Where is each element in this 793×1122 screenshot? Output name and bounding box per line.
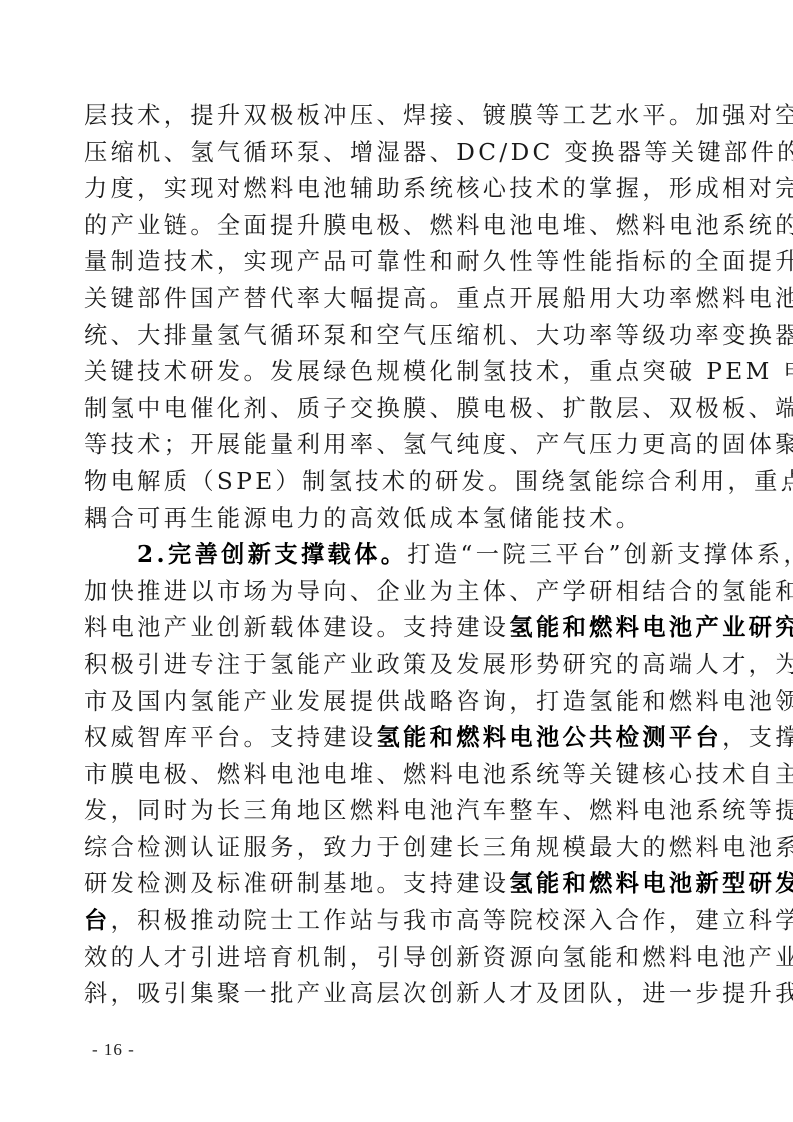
text-line: 统、大排量氢气循环泵和空气压缩机、大功率等级功率变换器等 bbox=[84, 318, 698, 355]
text-line: 耦合可再生能源电力的高效低成本氢储能技术。 bbox=[84, 501, 698, 538]
bold-text: 氢能和燃料电池新型研发平 bbox=[509, 870, 793, 897]
text-line: 的产业链。全面提升膜电极、燃料电池电堆、燃料电池系统的批 bbox=[84, 208, 698, 245]
body-text: ，支撑我 bbox=[722, 724, 793, 751]
body-text: 积极引进专注于氢能产业政策及发展形势研究的高端人才，为我 bbox=[84, 651, 793, 678]
body-text: 量制造技术，实现产品可靠性和耐久性等性能指标的全面提升， bbox=[84, 248, 793, 275]
body-text: 市膜电极、燃料电池电堆、燃料电池系统等关键核心技术自主研 bbox=[84, 761, 793, 788]
body-text: 关键部件国产替代率大幅提高。重点开展船用大功率燃料电池系 bbox=[84, 285, 793, 312]
body-text: 关键技术研发。发展绿色规模化制氢技术，重点突破 PEM 电解水 bbox=[84, 358, 793, 385]
text-line: 权威智库平台。支持建设氢能和燃料电池公共检测平台，支撑我 bbox=[84, 720, 698, 757]
text-line: 2.完善创新支撑载体。打造“一院三平台”创新支撑体系， bbox=[84, 537, 698, 574]
text-line: 物电解质（SPE）制氢技术的研发。围绕氢能综合利用，重点突破 bbox=[84, 464, 698, 501]
text-line: 关键技术研发。发展绿色规模化制氢技术，重点突破 PEM 电解水 bbox=[84, 354, 698, 391]
body-text: 制氢中电催化剂、质子交换膜、膜电极、扩散层、双极板、端板 bbox=[84, 395, 793, 422]
body-text: 力度，实现对燃料电池辅助系统核心技术的掌握，形成相对完备 bbox=[84, 175, 793, 202]
body-text: ，积极推动院士工作站与我市高等院校深入合作，建立科学高 bbox=[111, 907, 793, 934]
body-text: 料电池产业创新载体建设。支持建设 bbox=[84, 614, 509, 641]
text-line: 料电池产业创新载体建设。支持建设氢能和燃料电池产业研究院， bbox=[84, 610, 698, 647]
body-text: 物电解质（SPE）制氢技术的研发。围绕氢能综合利用，重点突破 bbox=[84, 468, 793, 495]
text-line: 加快推进以市场为导向、企业为主体、产学研相结合的氢能和燃 bbox=[84, 574, 698, 611]
text-line: 研发检测及标准研制基地。支持建设氢能和燃料电池新型研发平 bbox=[84, 866, 698, 903]
text-line: 市及国内氢能产业发展提供战略咨询，打造氢能和燃料电池领域 bbox=[84, 684, 698, 721]
text-line: 综合检测认证服务，致力于创建长三角规模最大的燃料电池系统 bbox=[84, 830, 698, 867]
body-text: 研发检测及标准研制基地。支持建设 bbox=[84, 870, 509, 897]
body-text: 发，同时为长三角地区燃料电池汽车整车、燃料电池系统等提供 bbox=[84, 797, 793, 824]
body-text: 市及国内氢能产业发展提供战略咨询，打造氢能和燃料电池领域 bbox=[84, 688, 793, 715]
text-line: 积极引进专注于氢能产业政策及发展形势研究的高端人才，为我 bbox=[84, 647, 698, 684]
body-text: 打造“一院三平台”创新支撑体系， bbox=[407, 541, 793, 568]
text-line: 效的人才引进培育机制，引导创新资源向氢能和燃料电池产业倾 bbox=[84, 940, 698, 977]
bold-text: 氢能和燃料电池公共检测平台 bbox=[376, 724, 722, 751]
bold-text: 氢能和燃料电池产业研究院 bbox=[509, 614, 793, 641]
text-line: 制氢中电催化剂、质子交换膜、膜电极、扩散层、双极板、端板 bbox=[84, 391, 698, 428]
page-number: - 16 - bbox=[92, 1040, 135, 1060]
body-text: 加快推进以市场为导向、企业为主体、产学研相结合的氢能和燃 bbox=[84, 578, 793, 605]
bold-text: 2.完善创新支撑载体。 bbox=[137, 541, 407, 568]
body-text: 的产业链。全面提升膜电极、燃料电池电堆、燃料电池系统的批 bbox=[84, 212, 793, 239]
body-text: 等技术；开展能量利用率、氢气纯度、产气压力更高的固体聚合 bbox=[84, 431, 793, 458]
body-text: 压缩机、氢气循环泵、增湿器、DC/DC 变换器等关键部件的研发 bbox=[84, 139, 793, 166]
bold-text: 台 bbox=[84, 907, 111, 934]
text-line: 斜，吸引集聚一批产业高层次创新人才及团队，进一步提升我市 bbox=[84, 976, 698, 1013]
body-text: 统、大排量氢气循环泵和空气压缩机、大功率等级功率变换器等 bbox=[84, 322, 793, 349]
paragraph-innovation-carriers: 2.完善创新支撑载体。打造“一院三平台”创新支撑体系，加快推进以市场为导向、企业… bbox=[84, 537, 698, 1013]
text-line: 发，同时为长三角地区燃料电池汽车整车、燃料电池系统等提供 bbox=[84, 793, 698, 830]
body-text: 权威智库平台。支持建设 bbox=[84, 724, 376, 751]
body-text: 综合检测认证服务，致力于创建长三角规模最大的燃料电池系统 bbox=[84, 834, 793, 861]
text-line: 台，积极推动院士工作站与我市高等院校深入合作，建立科学高 bbox=[84, 903, 698, 940]
body-text: 耦合可再生能源电力的高效低成本氢储能技术。 bbox=[84, 505, 642, 532]
body-text: 效的人才引进培育机制，引导创新资源向氢能和燃料电池产业倾 bbox=[84, 944, 793, 971]
text-line: 力度，实现对燃料电池辅助系统核心技术的掌握，形成相对完备 bbox=[84, 171, 698, 208]
body-text: 层技术，提升双极板冲压、焊接、镀膜等工艺水平。加强对空气 bbox=[84, 102, 793, 129]
text-line: 市膜电极、燃料电池电堆、燃料电池系统等关键核心技术自主研 bbox=[84, 757, 698, 794]
text-line: 量制造技术，实现产品可靠性和耐久性等性能指标的全面提升， bbox=[84, 244, 698, 281]
text-line: 等技术；开展能量利用率、氢气纯度、产气压力更高的固体聚合 bbox=[84, 427, 698, 464]
text-line: 压缩机、氢气循环泵、增湿器、DC/DC 变换器等关键部件的研发 bbox=[84, 135, 698, 172]
document-body: 层技术，提升双极板冲压、焊接、镀膜等工艺水平。加强对空气压缩机、氢气循环泵、增湿… bbox=[84, 98, 698, 1013]
body-text: 斜，吸引集聚一批产业高层次创新人才及团队，进一步提升我市 bbox=[84, 980, 793, 1007]
paragraph-tech-rnd: 层技术，提升双极板冲压、焊接、镀膜等工艺水平。加强对空气压缩机、氢气循环泵、增湿… bbox=[84, 98, 698, 537]
text-line: 层技术，提升双极板冲压、焊接、镀膜等工艺水平。加强对空气 bbox=[84, 98, 698, 135]
text-line: 关键部件国产替代率大幅提高。重点开展船用大功率燃料电池系 bbox=[84, 281, 698, 318]
